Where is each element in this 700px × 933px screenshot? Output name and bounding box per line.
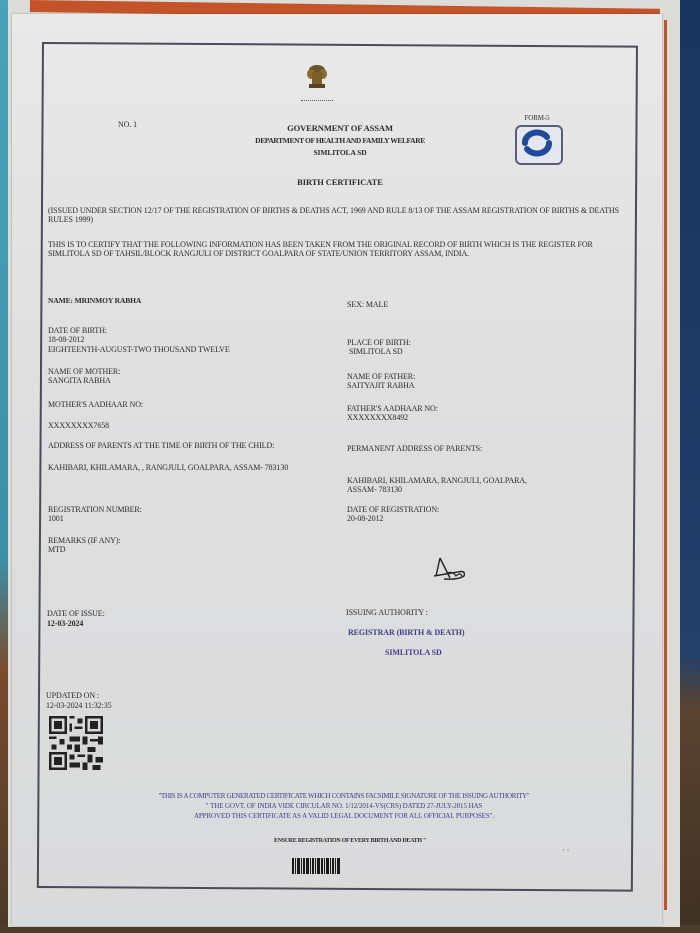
form-label: FORM-5 [521,114,553,124]
footer-line-1: "THIS IS A COMPUTER GENERATED CERTIFICAT… [48,792,640,802]
updated-on-label: UPDATED ON : [46,691,99,701]
registration-number-value: 1001 [48,514,64,524]
remarks-value: MTD [48,545,65,555]
birth-address-value: KAHIBARI, KHILAMARA, , RANGJULI, GOALPAR… [48,463,288,473]
birth-address-label: ADDRESS OF PARENTS AT THE TIME OF BIRTH … [48,441,274,451]
issued-under-text: (ISSUED UNDER SECTION 12/17 OF THE REGIS… [48,206,632,224]
issuing-authority-office: SIMLITOLA SD [385,648,442,658]
father-aadhaar-value: XXXXXXXX8492 [347,413,408,423]
certificate-title: BIRTH CERTIFICATE [230,178,450,188]
date-of-issue-value: 12-03-2024 [47,619,83,629]
issuing-authority-title: REGISTRAR (BIRTH & DEATH) [348,628,464,638]
date-of-issue-label: DATE OF ISSUE: [47,609,105,619]
department-heading: DEPARTMENT OF HEALTH AND FAMILY WELFARE [200,136,480,146]
serial-number: NO. 1 [118,120,137,130]
child-name: NAME: MRINMOY RABHA [48,296,141,306]
footer-line-3: APPROVED THIS CERTIFICATE AS A VALID LEG… [48,812,640,822]
government-heading: GOVERNMENT OF ASSAM [230,124,450,134]
emblem-motto [301,100,333,104]
father-name-value: SAITYAJIT RABHA [347,381,414,391]
office-heading: SIMLITOLA SD [230,148,450,158]
ashoka-emblem-icon [305,64,329,94]
signature-mark [432,556,472,586]
issuing-authority-label: ISSUING AUTHORITY : [346,608,428,618]
orange-stripe-right [664,20,667,910]
permanent-address-label: PERMANENT ADDRESS OF PARENTS: [347,444,482,454]
crs-logo [515,125,563,165]
footer-line-2: " THE GOVT. OF INDIA VIDE CIRCULAR NO. 1… [48,802,640,812]
barcode-icon [292,858,340,874]
place-of-birth-value: SIMLITOLA SD [349,347,403,357]
stray-marks: · · [562,846,569,855]
mother-aadhaar-value: XXXXXXXX7658 [48,421,109,431]
updated-on-value: 12-03-2024 11:32:35 [46,701,112,711]
permanent-address-line2: ASSAM- 783130 [347,485,402,495]
footer-slogan: ENSURE REGISTRATION OF EVERY BIRTH AND D… [200,837,500,847]
certify-text: THIS IS TO CERTIFY THAT THE FOLLOWING IN… [48,240,632,258]
sex: SEX: MALE [347,300,388,310]
dob-value: 18-08-2012 [48,335,84,345]
mother-aadhaar-label: MOTHER'S AADHAAR NO: [48,400,143,410]
crs-logo-icon [515,125,559,161]
mother-name-value: SANGITA RABHA [48,376,111,386]
dob-words: EIGHTEENTH-AUGUST-TWO THOUSAND TWELVE [48,345,230,355]
qr-code-icon [49,716,103,770]
registration-date-value: 20-08-2012 [347,514,383,524]
